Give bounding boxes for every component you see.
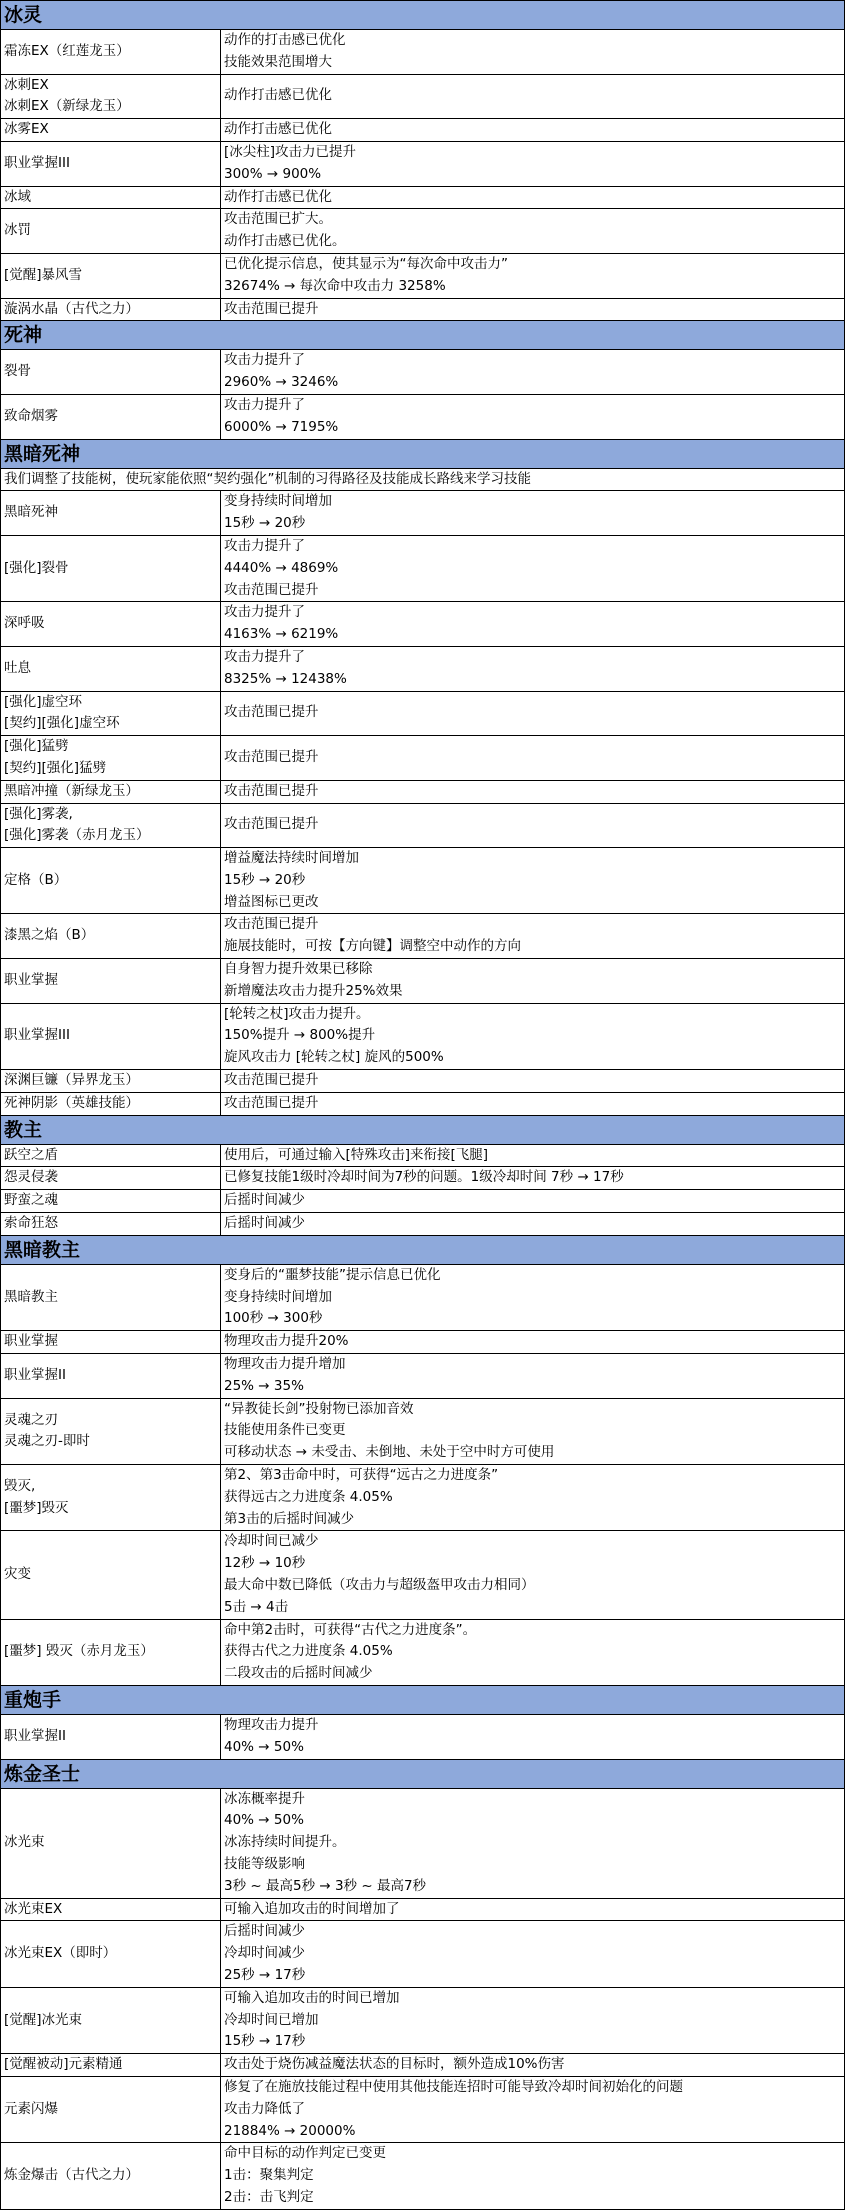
section-header: 教主 — [1, 1115, 845, 1144]
change-line: 物理攻击力提升 — [224, 1715, 841, 1737]
change-line: 冷却时间已减少 — [224, 1531, 841, 1553]
skill-name-cell: [觉醒]冰光束 — [1, 1987, 221, 2053]
skill-name: 黑暗冲撞（新绿龙玉） — [4, 781, 217, 803]
change-description-cell: 攻击范围已提升施展技能时，可按【方向键】调整空中动作的方向 — [221, 914, 845, 959]
change-description-cell: 攻击范围已提升 — [221, 736, 845, 781]
change-line: 动作打击感已优化 — [224, 187, 841, 209]
change-line: 攻击力提升了 — [224, 395, 841, 417]
change-description-cell: 后摇时间减少冷却时间减少25秒 → 17秒 — [221, 1921, 845, 1987]
skill-name: 职业掌握II — [4, 1365, 217, 1387]
section-header: 重炮手 — [1, 1685, 845, 1714]
table-row: 索命狂怒后摇时间减少 — [1, 1213, 845, 1236]
change-line: 6000% → 7195% — [224, 417, 841, 439]
change-line: 5击 → 4击 — [224, 1597, 841, 1619]
table-row: 冰光束EX可输入追加攻击的时间增加了 — [1, 1898, 845, 1921]
change-description-cell: 动作打击感已优化 — [221, 186, 845, 209]
table-row: 冰罚攻击范围已扩大。动作打击感已优化。 — [1, 209, 845, 254]
change-line: 攻击范围已扩大。 — [224, 209, 841, 231]
skill-name-cell: 死神阴影（英雄技能） — [1, 1092, 221, 1115]
change-description-cell: 物理攻击力提升20% — [221, 1331, 845, 1354]
change-line: 攻击范围已提升 — [224, 1093, 841, 1115]
skill-name: 死神阴影（英雄技能） — [4, 1093, 217, 1115]
section-header: 炼金圣士 — [1, 1759, 845, 1788]
change-line: 使用后，可通过输入[特殊攻击]来衔接[飞腿] — [224, 1145, 841, 1167]
change-line: 8325% → 12438% — [224, 669, 841, 691]
change-line: 冰冻持续时间提升。 — [224, 1832, 841, 1854]
change-line: 15秒 → 17秒 — [224, 2031, 841, 2053]
skill-name: 冰光束EX（即时） — [4, 1943, 217, 1965]
change-line: 自身智力提升效果已移除 — [224, 959, 841, 981]
change-description-cell: 可输入追加攻击的时间已增加冷却时间已增加15秒 → 17秒 — [221, 1987, 845, 2053]
skill-name: 霜冻EX（红莲龙玉） — [4, 41, 217, 63]
skill-name-cell: 毁灭,[噩梦]毁灭 — [1, 1465, 221, 1531]
change-line: 15秒 → 20秒 — [224, 513, 841, 535]
change-line: 技能等级影响 — [224, 1854, 841, 1876]
skill-name-cell: 元素闪爆 — [1, 2076, 221, 2142]
change-description-cell: 动作打击感已优化 — [221, 119, 845, 142]
skill-name-cell: 冰光束 — [1, 1788, 221, 1898]
skill-name: 冰罚 — [4, 220, 217, 242]
change-description-cell: [轮转之杖]攻击力提升。150%提升 → 800%提升旋风攻击力 [轮转之杖] … — [221, 1003, 845, 1069]
change-line: 冷却时间减少 — [224, 1943, 841, 1965]
change-line: 动作打击感已优化。 — [224, 231, 841, 253]
table-row: 冰光束EX（即时）后摇时间减少冷却时间减少25秒 → 17秒 — [1, 1921, 845, 1987]
skill-name-cell: 灾变 — [1, 1531, 221, 1619]
skill-name-cell: 黑暗死神 — [1, 491, 221, 536]
skill-name-cell: 跃空之盾 — [1, 1144, 221, 1167]
change-line: 第2、第3击命中时，可获得“远古之力进度条” — [224, 1465, 841, 1487]
skill-name-cell: [觉醒]暴风雪 — [1, 253, 221, 298]
change-line: 1击：聚集判定 — [224, 2165, 841, 2187]
skill-name-cell: [强化]裂骨 — [1, 535, 221, 601]
skill-name: 灵魂之刃 — [4, 1410, 217, 1432]
change-line: 最大命中数已降低（攻击力与超级盔甲攻击力相同） — [224, 1575, 841, 1597]
patch-notes-table: 冰灵霜冻EX（红莲龙玉）动作的打击感已优化技能效果范围增大冰刺EX冰刺EX（新绿… — [0, 0, 845, 2210]
change-description-cell: 攻击范围已提升 — [221, 691, 845, 736]
change-description-cell: 命中第2击时，可获得“古代之力进度条”。获得古代之力进度条 4.05%二段攻击的… — [221, 1619, 845, 1685]
change-line: 物理攻击力提升增加 — [224, 1354, 841, 1376]
change-description-cell: 自身智力提升效果已移除新增魔法攻击力提升25%效果 — [221, 959, 845, 1004]
change-line: 攻击范围已提升 — [224, 702, 841, 724]
change-description-cell: 命中目标的动作判定已变更1击：聚集判定2击：击飞判定 — [221, 2143, 845, 2209]
skill-name: 灾变 — [4, 1564, 217, 1586]
change-line: 第3击的后摇时间减少 — [224, 1509, 841, 1531]
change-line: 技能效果范围增大 — [224, 52, 841, 74]
change-description-cell: 攻击范围已提升 — [221, 1070, 845, 1093]
table-row: [强化]裂骨攻击力提升了4440% → 4869%攻击范围已提升 — [1, 535, 845, 601]
change-description-cell: 攻击力提升了2960% → 3246% — [221, 350, 845, 395]
change-line: 后摇时间减少 — [224, 1921, 841, 1943]
skill-name: [强化]裂骨 — [4, 558, 217, 580]
skill-name: [强化]猛劈 — [4, 736, 217, 758]
section-note: 我们调整了技能树，使玩家能依照“契约强化”机制的习得路径及技能成长路线来学习技能 — [1, 468, 845, 491]
change-line: 冷却时间已增加 — [224, 2010, 841, 2032]
table-row: 死神阴影（英雄技能）攻击范围已提升 — [1, 1092, 845, 1115]
change-line: 已修复技能1级时冷却时间为7秒的问题。1级冷却时间 7秒 → 17秒 — [224, 1167, 841, 1189]
change-description-cell: 攻击范围已提升 — [221, 780, 845, 803]
skill-name-cell: 怨灵侵袭 — [1, 1167, 221, 1190]
skill-name-cell: 黑暗教主 — [1, 1264, 221, 1330]
change-line: 获得远古之力进度条 4.05% — [224, 1487, 841, 1509]
change-line: 攻击范围已提升 — [224, 580, 841, 602]
table-row: 跃空之盾使用后，可通过输入[特殊攻击]来衔接[飞腿] — [1, 1144, 845, 1167]
change-line: 技能使用条件已变更 — [224, 1420, 841, 1442]
skill-name: 冰刺EX（新绿龙玉） — [4, 96, 217, 118]
table-row: 定格（B）增益魔法持续时间增加15秒 → 20秒增益图标已更改 — [1, 848, 845, 914]
change-line: 动作打击感已优化 — [224, 119, 841, 141]
change-line: 后摇时间减少 — [224, 1213, 841, 1235]
change-description-cell: 冷却时间已减少12秒 → 10秒最大命中数已降低（攻击力与超级盔甲攻击力相同）5… — [221, 1531, 845, 1619]
change-line: 攻击范围已提升 — [224, 781, 841, 803]
section-title: 教主 — [1, 1115, 845, 1144]
skill-name: 职业掌握II — [4, 1726, 217, 1748]
skill-name: 漩涡水晶（古代之力） — [4, 299, 217, 321]
change-description-cell: 变身持续时间增加15秒 → 20秒 — [221, 491, 845, 536]
skill-name: 致命烟雾 — [4, 406, 217, 428]
skill-name-cell: 吐息 — [1, 646, 221, 691]
change-description-cell: 增益魔法持续时间增加15秒 → 20秒增益图标已更改 — [221, 848, 845, 914]
change-description-cell: “异教徒长剑”投射物已添加音效技能使用条件已变更可移动状态 → 未受击、未倒地、… — [221, 1398, 845, 1464]
skill-name-cell: 定格（B） — [1, 848, 221, 914]
skill-name-cell: 职业掌握 — [1, 959, 221, 1004]
change-description-cell: 动作打击感已优化 — [221, 74, 845, 119]
skill-name: 职业掌握III — [4, 1025, 217, 1047]
skill-name-cell: 职业掌握II — [1, 1354, 221, 1399]
table-row: 灵魂之刃灵魂之刃-即时“异教徒长剑”投射物已添加音效技能使用条件已变更可移动状态… — [1, 1398, 845, 1464]
table-row: [强化]虚空环[契约][强化]虚空环攻击范围已提升 — [1, 691, 845, 736]
section-header: 黑暗教主 — [1, 1235, 845, 1264]
skill-name: 职业掌握III — [4, 153, 217, 175]
change-line: 已优化提示信息，使其显示为“每次命中攻击力” — [224, 254, 841, 276]
skill-name: 冰光束EX — [4, 1899, 217, 1921]
skill-name-cell: 黑暗冲撞（新绿龙玉） — [1, 780, 221, 803]
skill-name: 深呼吸 — [4, 613, 217, 635]
change-line: 变身持续时间增加 — [224, 491, 841, 513]
change-description-cell: 攻击力提升了8325% → 12438% — [221, 646, 845, 691]
skill-name: 漆黑之焰（B） — [4, 925, 217, 947]
table-row: 冰刺EX冰刺EX（新绿龙玉）动作打击感已优化 — [1, 74, 845, 119]
change-line: 变身后的“噩梦技能”提示信息已优化 — [224, 1265, 841, 1287]
skill-name-cell: 裂骨 — [1, 350, 221, 395]
table-row: 毁灭,[噩梦]毁灭第2、第3击命中时，可获得“远古之力进度条”获得远古之力进度条… — [1, 1465, 845, 1531]
skill-name: 冰域 — [4, 187, 217, 209]
skill-name-cell: 冰光束EX（即时） — [1, 1921, 221, 1987]
change-description-cell: 冰冻概率提升40% → 50%冰冻持续时间提升。技能等级影响3秒 ~ 最高5秒 … — [221, 1788, 845, 1898]
change-description-cell: 攻击力提升了6000% → 7195% — [221, 394, 845, 439]
table-row: 职业掌握物理攻击力提升20% — [1, 1331, 845, 1354]
skill-name: 职业掌握 — [4, 970, 217, 992]
skill-name-cell: 霜冻EX（红莲龙玉） — [1, 30, 221, 75]
table-row: 深呼吸攻击力提升了4163% → 6219% — [1, 602, 845, 647]
table-row: [觉醒被动]元素精通攻击处于烧伤减益魔法状态的目标时，额外造成10%伤害 — [1, 2054, 845, 2077]
table-row: 致命烟雾攻击力提升了6000% → 7195% — [1, 394, 845, 439]
table-row: 职业掌握II物理攻击力提升40% → 50% — [1, 1714, 845, 1759]
change-description-cell: 后摇时间减少 — [221, 1213, 845, 1236]
skill-name: [契约][强化]猛劈 — [4, 758, 217, 780]
table-row: 深渊巨镰（异界龙玉）攻击范围已提升 — [1, 1070, 845, 1093]
change-line: 攻击范围已提升 — [224, 914, 841, 936]
skill-name-cell: [噩梦] 毁灭（赤月龙玉） — [1, 1619, 221, 1685]
table-row: 霜冻EX（红莲龙玉）动作的打击感已优化技能效果范围增大 — [1, 30, 845, 75]
change-line: 可输入追加攻击的时间已增加 — [224, 1988, 841, 2010]
skill-name-cell: 冰域 — [1, 186, 221, 209]
skill-name: 黑暗死神 — [4, 502, 217, 524]
change-line: 可输入追加攻击的时间增加了 — [224, 1899, 841, 1921]
table-row: [强化]猛劈[契约][强化]猛劈攻击范围已提升 — [1, 736, 845, 781]
skill-name-cell: 漩涡水晶（古代之力） — [1, 298, 221, 321]
skill-name: [强化]雾袭（赤月龙玉） — [4, 825, 217, 847]
change-description-cell: 攻击范围已提升 — [221, 298, 845, 321]
table-row: [强化]雾袭,[强化]雾袭（赤月龙玉）攻击范围已提升 — [1, 803, 845, 848]
change-line: 4163% → 6219% — [224, 624, 841, 646]
skill-name-cell: 索命狂怒 — [1, 1213, 221, 1236]
change-line: 2960% → 3246% — [224, 372, 841, 394]
change-line: 命中目标的动作判定已变更 — [224, 2143, 841, 2165]
skill-name: 深渊巨镰（异界龙玉） — [4, 1070, 217, 1092]
skill-name: 冰刺EX — [4, 75, 217, 97]
change-line: 攻击范围已提升 — [224, 299, 841, 321]
change-description-cell: 物理攻击力提升增加25% → 35% — [221, 1354, 845, 1399]
skill-name: [强化]雾袭, — [4, 804, 217, 826]
change-line: 二段攻击的后摇时间减少 — [224, 1663, 841, 1685]
change-description-cell: 攻击范围已扩大。动作打击感已优化。 — [221, 209, 845, 254]
change-description-cell: 可输入追加攻击的时间增加了 — [221, 1898, 845, 1921]
change-description-cell: 攻击范围已提升 — [221, 803, 845, 848]
table-row: 职业掌握自身智力提升效果已移除新增魔法攻击力提升25%效果 — [1, 959, 845, 1004]
change-line: 12秒 → 10秒 — [224, 1553, 841, 1575]
change-line: 新增魔法攻击力提升25%效果 — [224, 981, 841, 1003]
skill-name-cell: 炼金爆击（古代之力） — [1, 2143, 221, 2209]
table-row: [噩梦] 毁灭（赤月龙玉）命中第2击时，可获得“古代之力进度条”。获得古代之力进… — [1, 1619, 845, 1685]
change-line: 增益魔法持续时间增加 — [224, 848, 841, 870]
skill-name-cell: 野蛮之魂 — [1, 1190, 221, 1213]
change-line: 3秒 ~ 最高5秒 → 3秒 ~ 最高7秒 — [224, 1876, 841, 1898]
change-line: 2击：击飞判定 — [224, 2187, 841, 2209]
skill-name-cell: 冰罚 — [1, 209, 221, 254]
change-line: 物理攻击力提升20% — [224, 1331, 841, 1353]
table-row: 吐息攻击力提升了8325% → 12438% — [1, 646, 845, 691]
table-row: 裂骨攻击力提升了2960% → 3246% — [1, 350, 845, 395]
change-description-cell: 第2、第3击命中时，可获得“远古之力进度条”获得远古之力进度条 4.05%第3击… — [221, 1465, 845, 1531]
skill-name: [契约][强化]虚空环 — [4, 713, 217, 735]
section-title: 死神 — [1, 321, 845, 350]
change-description-cell: 动作的打击感已优化技能效果范围增大 — [221, 30, 845, 75]
change-line: 40% → 50% — [224, 1810, 841, 1832]
change-line: 动作的打击感已优化 — [224, 30, 841, 52]
change-line: 命中第2击时，可获得“古代之力进度条”。 — [224, 1620, 841, 1642]
section-header: 死神 — [1, 321, 845, 350]
section-title: 黑暗死神 — [1, 439, 845, 468]
table-row: 野蛮之魂后摇时间减少 — [1, 1190, 845, 1213]
table-row: [觉醒]冰光束可输入追加攻击的时间已增加冷却时间已增加15秒 → 17秒 — [1, 1987, 845, 2053]
change-description-cell: 使用后，可通过输入[特殊攻击]来衔接[飞腿] — [221, 1144, 845, 1167]
skill-name-cell: 冰光束EX — [1, 1898, 221, 1921]
skill-name: [噩梦] 毁灭（赤月龙玉） — [4, 1641, 217, 1663]
skill-name: [觉醒]冰光束 — [4, 2010, 217, 2032]
table-row: 怨灵侵袭已修复技能1级时冷却时间为7秒的问题。1级冷却时间 7秒 → 17秒 — [1, 1167, 845, 1190]
section-title: 重炮手 — [1, 1685, 845, 1714]
table-row: 黑暗教主变身后的“噩梦技能”提示信息已优化变身持续时间增加100秒 → 300秒 — [1, 1264, 845, 1330]
skill-name-cell: 职业掌握III — [1, 141, 221, 186]
skill-name-cell: 职业掌握 — [1, 1331, 221, 1354]
change-description-cell: 已优化提示信息，使其显示为“每次命中攻击力”32674% → 每次命中攻击力 3… — [221, 253, 845, 298]
change-line: [冰尖柱]攻击力已提升 — [224, 142, 841, 164]
change-description-cell: 攻击范围已提升 — [221, 1092, 845, 1115]
change-line: 攻击处于烧伤减益魔法状态的目标时，额外造成10%伤害 — [224, 2054, 841, 2076]
change-line: “异教徒长剑”投射物已添加音效 — [224, 1399, 841, 1421]
skill-name: 跃空之盾 — [4, 1145, 217, 1167]
change-description-cell: 攻击力提升了4440% → 4869%攻击范围已提升 — [221, 535, 845, 601]
section-note-row: 我们调整了技能树，使玩家能依照“契约强化”机制的习得路径及技能成长路线来学习技能 — [1, 468, 845, 491]
change-description-cell: 已修复技能1级时冷却时间为7秒的问题。1级冷却时间 7秒 → 17秒 — [221, 1167, 845, 1190]
skill-name-cell: 深渊巨镰（异界龙玉） — [1, 1070, 221, 1093]
change-line: 攻击力提升了 — [224, 536, 841, 558]
table-row: 黑暗冲撞（新绿龙玉）攻击范围已提升 — [1, 780, 845, 803]
skill-name-cell: [觉醒被动]元素精通 — [1, 2054, 221, 2077]
section-header: 黑暗死神 — [1, 439, 845, 468]
skill-name-cell: 冰刺EX冰刺EX（新绿龙玉） — [1, 74, 221, 119]
change-line: 动作打击感已优化 — [224, 85, 841, 107]
change-description-cell: 物理攻击力提升40% → 50% — [221, 1714, 845, 1759]
skill-name: 定格（B） — [4, 870, 217, 892]
table-row: 职业掌握III[轮转之杖]攻击力提升。150%提升 → 800%提升旋风攻击力 … — [1, 1003, 845, 1069]
change-line: 21884% → 20000% — [224, 2121, 841, 2143]
skill-name: 职业掌握 — [4, 1331, 217, 1353]
change-line: 32674% → 每次命中攻击力 3258% — [224, 276, 841, 298]
table-row: 冰光束冰冻概率提升40% → 50%冰冻持续时间提升。技能等级影响3秒 ~ 最高… — [1, 1788, 845, 1898]
change-line: 攻击范围已提升 — [224, 814, 841, 836]
table-row: 漆黑之焰（B）攻击范围已提升施展技能时，可按【方向键】调整空中动作的方向 — [1, 914, 845, 959]
change-description-cell: 攻击处于烧伤减益魔法状态的目标时，额外造成10%伤害 — [221, 2054, 845, 2077]
skill-name: 元素闪爆 — [4, 2099, 217, 2121]
skill-name-cell: [强化]虚空环[契约][强化]虚空环 — [1, 691, 221, 736]
change-description-cell: 后摇时间减少 — [221, 1190, 845, 1213]
skill-name: [噩梦]毁灭 — [4, 1498, 217, 1520]
skill-name: 灵魂之刃-即时 — [4, 1431, 217, 1453]
skill-name: 裂骨 — [4, 361, 217, 383]
change-line: 增益图标已更改 — [224, 892, 841, 914]
change-line: 攻击力提升了 — [224, 350, 841, 372]
change-line: 100秒 → 300秒 — [224, 1308, 841, 1330]
table-row: 冰雾EX动作打击感已优化 — [1, 119, 845, 142]
skill-name: 炼金爆击（古代之力） — [4, 2165, 217, 2187]
skill-name-cell: 致命烟雾 — [1, 394, 221, 439]
skill-name: [强化]虚空环 — [4, 692, 217, 714]
table-row: 冰域动作打击感已优化 — [1, 186, 845, 209]
table-row: 职业掌握III[冰尖柱]攻击力已提升300% → 900% — [1, 141, 845, 186]
skill-name: 冰光束 — [4, 1832, 217, 1854]
change-line: 修复了在施放技能过程中使用其他技能连招时可能导致冷却时间初始化的问题 — [224, 2077, 841, 2099]
table-row: 灾变冷却时间已减少12秒 → 10秒最大命中数已降低（攻击力与超级盔甲攻击力相同… — [1, 1531, 845, 1619]
skill-name: [觉醒被动]元素精通 — [4, 2054, 217, 2076]
skill-name: 野蛮之魂 — [4, 1190, 217, 1212]
skill-name: 毁灭, — [4, 1476, 217, 1498]
change-line: 150%提升 → 800%提升 — [224, 1025, 841, 1047]
change-line: 后摇时间减少 — [224, 1190, 841, 1212]
change-description-cell: 变身后的“噩梦技能”提示信息已优化变身持续时间增加100秒 → 300秒 — [221, 1264, 845, 1330]
skill-name: 索命狂怒 — [4, 1213, 217, 1235]
skill-name: 吐息 — [4, 658, 217, 680]
change-line: 300% → 900% — [224, 164, 841, 186]
skill-name-cell: 冰雾EX — [1, 119, 221, 142]
change-description-cell: [冰尖柱]攻击力已提升300% → 900% — [221, 141, 845, 186]
change-line: [轮转之杖]攻击力提升。 — [224, 1004, 841, 1026]
section-title: 冰灵 — [1, 1, 845, 30]
skill-name-cell: 职业掌握II — [1, 1714, 221, 1759]
change-line: 25% → 35% — [224, 1376, 841, 1398]
skill-name-cell: 深呼吸 — [1, 602, 221, 647]
table-row: 元素闪爆修复了在施放技能过程中使用其他技能连招时可能导致冷却时间初始化的问题攻击… — [1, 2076, 845, 2142]
change-line: 40% → 50% — [224, 1737, 841, 1759]
skill-name: 黑暗教主 — [4, 1287, 217, 1309]
change-line: 攻击力提升了 — [224, 647, 841, 669]
change-line: 攻击力降低了 — [224, 2099, 841, 2121]
change-line: 25秒 → 17秒 — [224, 1965, 841, 1987]
change-line: 施展技能时，可按【方向键】调整空中动作的方向 — [224, 936, 841, 958]
skill-name-cell: [强化]雾袭,[强化]雾袭（赤月龙玉） — [1, 803, 221, 848]
change-description-cell: 攻击力提升了4163% → 6219% — [221, 602, 845, 647]
change-line: 4440% → 4869% — [224, 558, 841, 580]
skill-name-cell: [强化]猛劈[契约][强化]猛劈 — [1, 736, 221, 781]
change-line: 获得古代之力进度条 4.05% — [224, 1641, 841, 1663]
change-line: 变身持续时间增加 — [224, 1287, 841, 1309]
patch-notes-body: 冰灵霜冻EX（红莲龙玉）动作的打击感已优化技能效果范围增大冰刺EX冰刺EX（新绿… — [1, 1, 845, 2210]
change-line: 冰冻概率提升 — [224, 1789, 841, 1811]
table-row: [觉醒]暴风雪已优化提示信息，使其显示为“每次命中攻击力”32674% → 每次… — [1, 253, 845, 298]
section-header: 冰灵 — [1, 1, 845, 30]
section-title: 炼金圣士 — [1, 1759, 845, 1788]
skill-name: [觉醒]暴风雪 — [4, 265, 217, 287]
change-line: 15秒 → 20秒 — [224, 870, 841, 892]
change-description-cell: 修复了在施放技能过程中使用其他技能连招时可能导致冷却时间初始化的问题攻击力降低了… — [221, 2076, 845, 2142]
skill-name-cell: 职业掌握III — [1, 1003, 221, 1069]
change-line: 攻击范围已提升 — [224, 747, 841, 769]
table-row: 职业掌握II物理攻击力提升增加25% → 35% — [1, 1354, 845, 1399]
skill-name-cell: 灵魂之刃灵魂之刃-即时 — [1, 1398, 221, 1464]
change-line: 攻击力提升了 — [224, 602, 841, 624]
skill-name: 冰雾EX — [4, 119, 217, 141]
change-line: 旋风攻击力 [轮转之杖] 旋风的500% — [224, 1047, 841, 1069]
change-line: 可移动状态 → 未受击、未倒地、未处于空中时方可使用 — [224, 1442, 841, 1464]
table-row: 黑暗死神变身持续时间增加15秒 → 20秒 — [1, 491, 845, 536]
change-line: 攻击范围已提升 — [224, 1070, 841, 1092]
table-row: 炼金爆击（古代之力）命中目标的动作判定已变更1击：聚集判定2击：击飞判定 — [1, 2143, 845, 2209]
table-row: 漩涡水晶（古代之力）攻击范围已提升 — [1, 298, 845, 321]
skill-name-cell: 漆黑之焰（B） — [1, 914, 221, 959]
skill-name: 怨灵侵袭 — [4, 1167, 217, 1189]
section-title: 黑暗教主 — [1, 1235, 845, 1264]
